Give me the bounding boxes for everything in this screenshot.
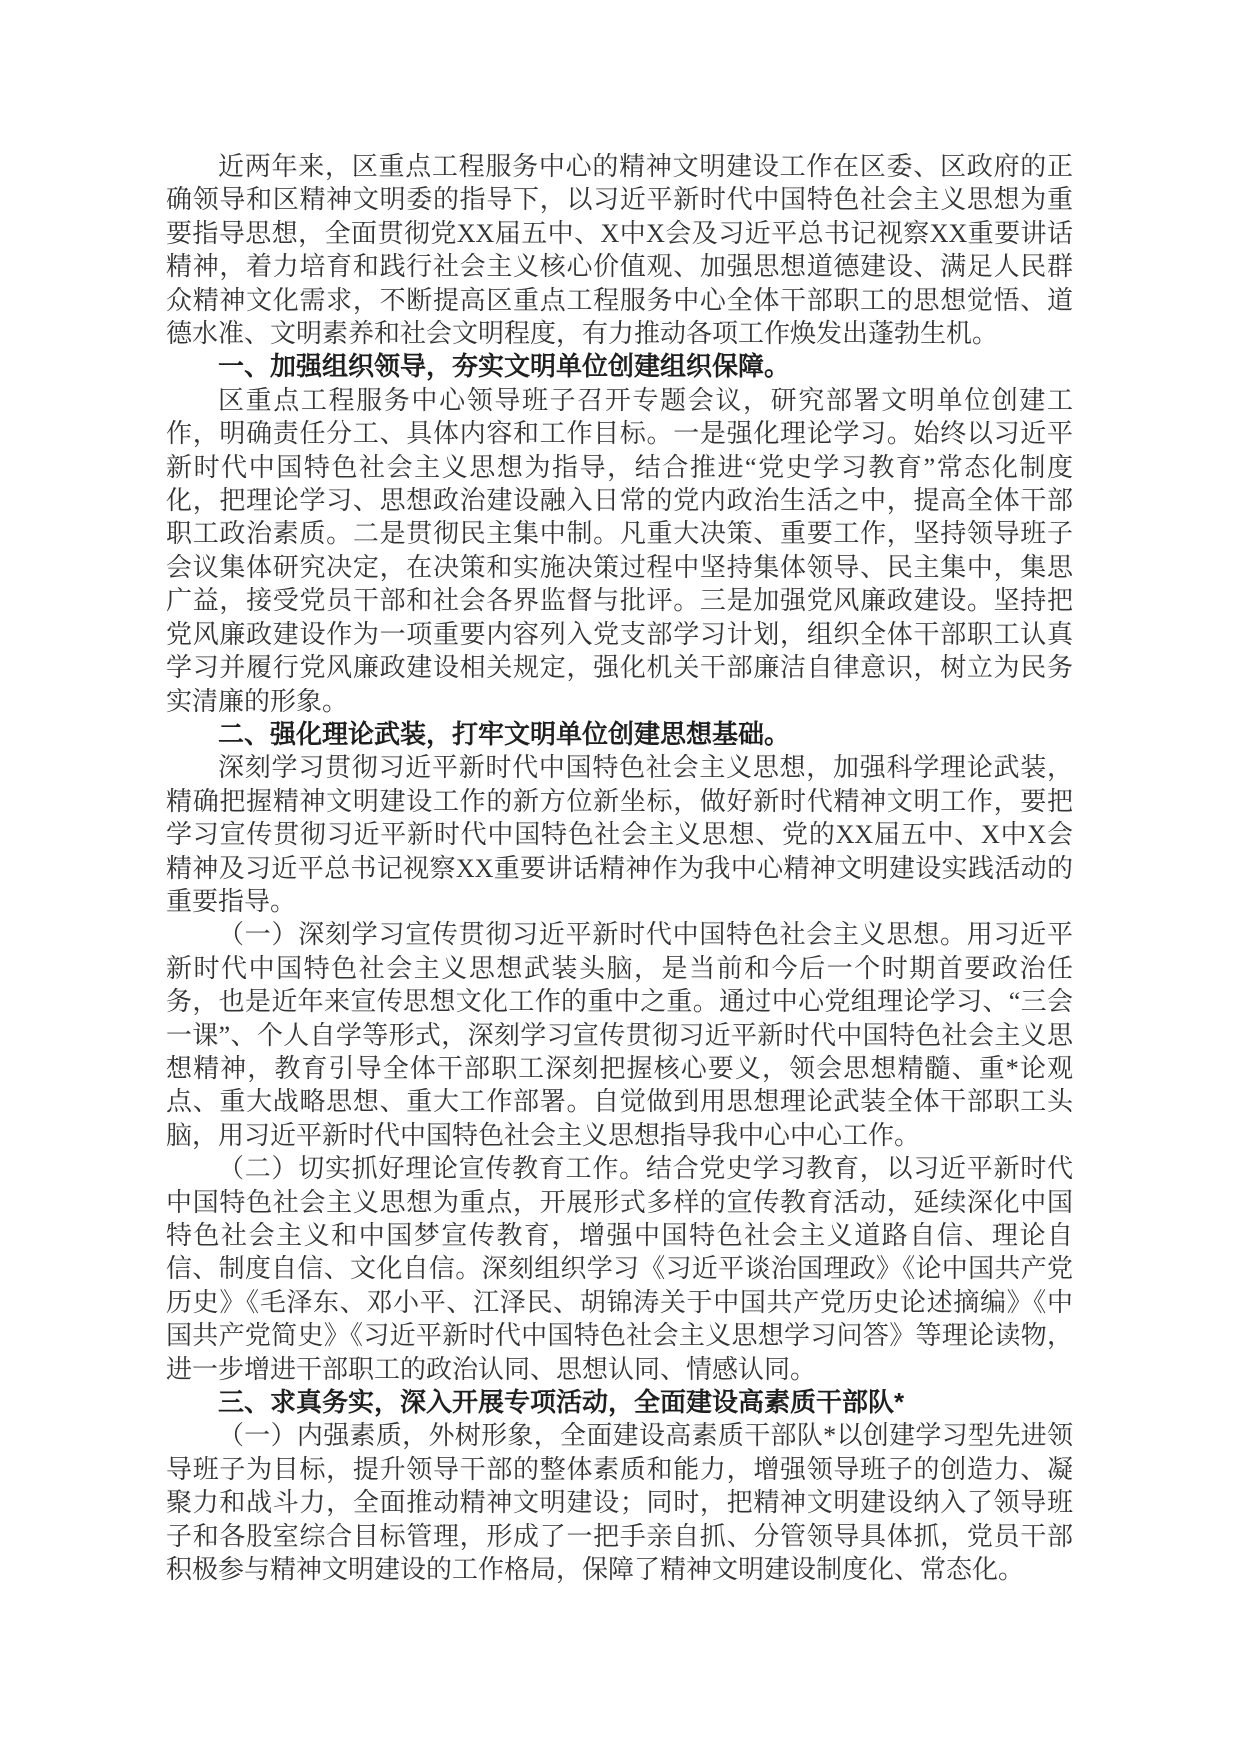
section-2-subparagraph-2: （二）切实抓好理论宣传教育工作。结合党史学习教育，以习近平新时代中国特色社会主义…	[166, 1152, 1073, 1386]
section-3-subparagraph-1: （一）内强素质，外树形象，全面建设高素质干部队*以创建学习型先进领导班子为目标，…	[166, 1419, 1073, 1586]
section-heading-1: 一、加强组织领导，夯实文明单位创建组织保障。	[166, 350, 1073, 383]
document-body: 近两年来，区重点工程服务中心的精神文明建设工作在区委、区政府的正确领导和区精神文…	[166, 150, 1073, 1586]
section-2-subparagraph-1: （一）深刻学习宣传贯彻习近平新时代中国特色社会主义思想。用习近平新时代中国特色社…	[166, 918, 1073, 1152]
section-2-paragraph: 深刻学习贯彻习近平新时代中国特色社会主义思想，加强科学理论武装，精确把握精神文明…	[166, 751, 1073, 918]
document-page: 近两年来，区重点工程服务中心的精神文明建设工作在区委、区政府的正确领导和区精神文…	[0, 0, 1240, 1754]
section-heading-3: 三、求真务实，深入开展专项活动，全面建设高素质干部队*	[166, 1386, 1073, 1419]
section-heading-2: 二、强化理论武装，打牢文明单位创建思想基础。	[166, 718, 1073, 751]
section-1-paragraph: 区重点工程服务中心领导班子召开专题会议，研究部署文明单位创建工作，明确责任分工、…	[166, 384, 1073, 718]
intro-paragraph: 近两年来，区重点工程服务中心的精神文明建设工作在区委、区政府的正确领导和区精神文…	[166, 150, 1073, 350]
